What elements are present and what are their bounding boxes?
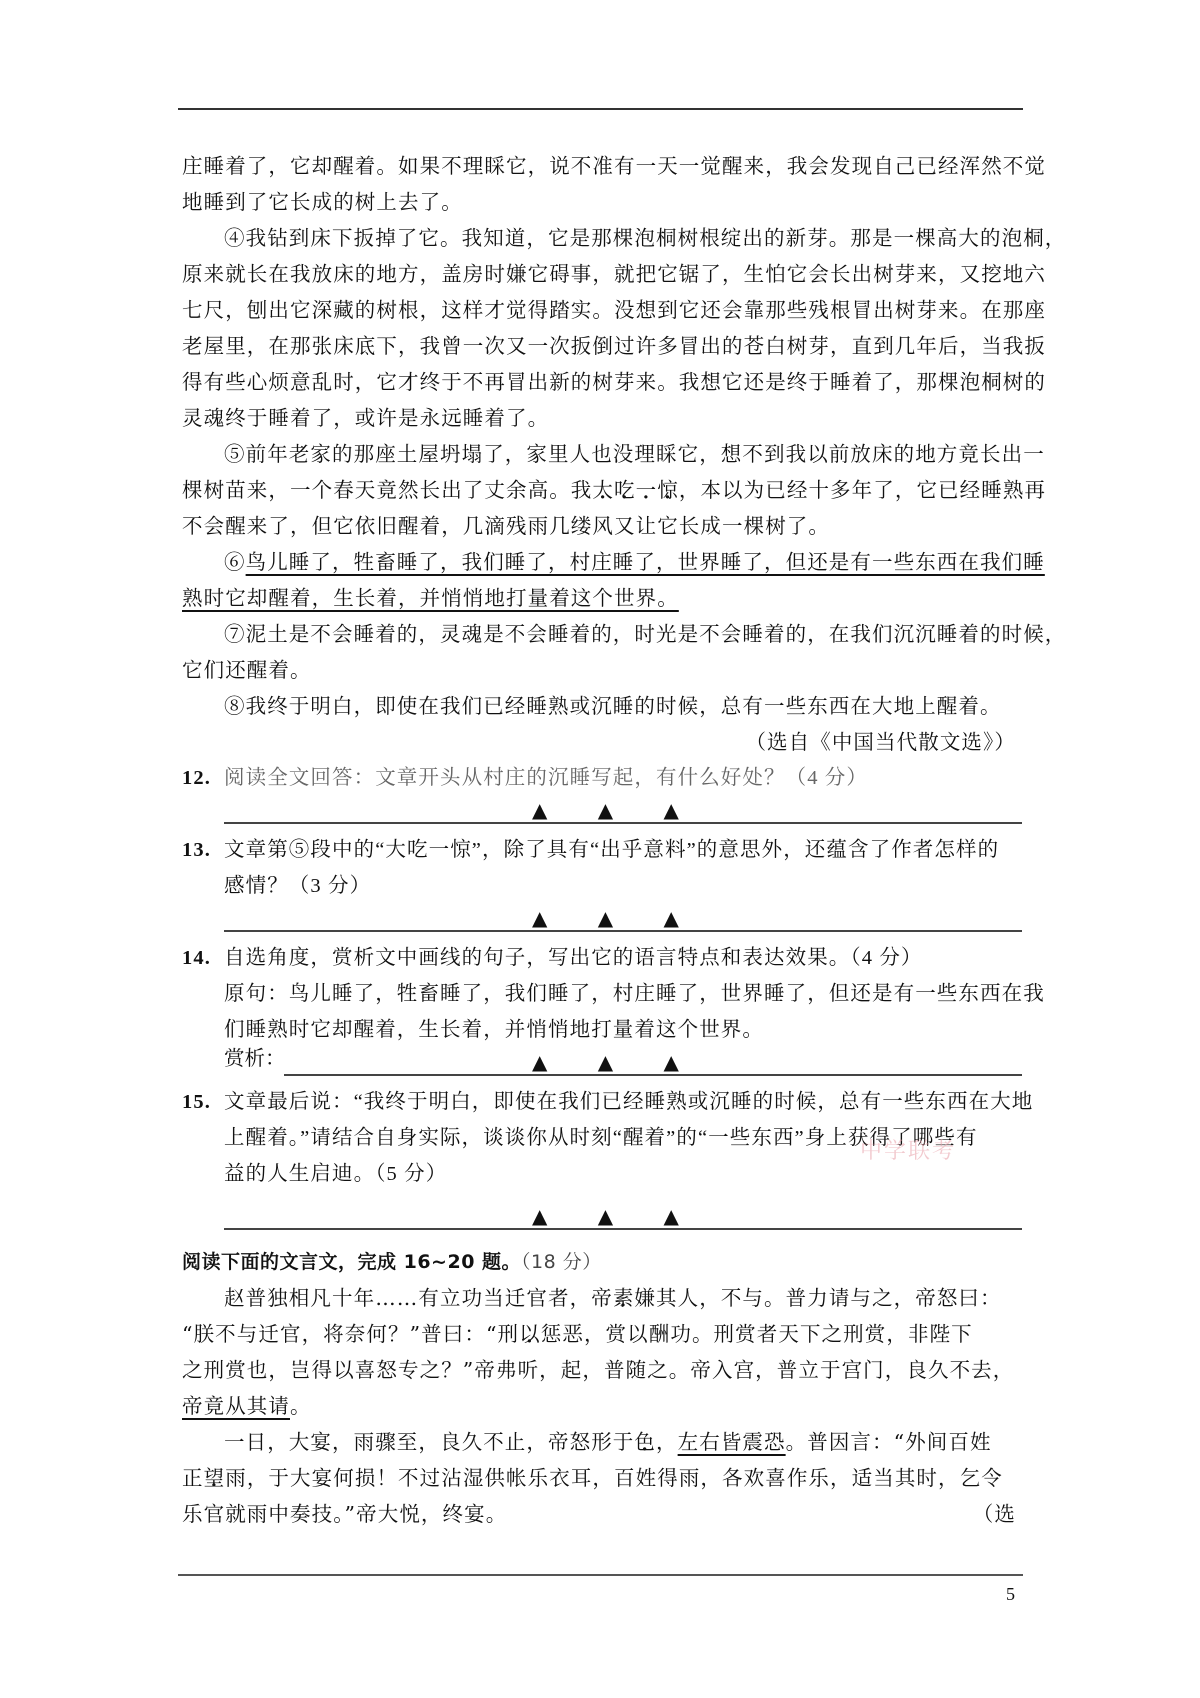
paragraph-number: ⑥ xyxy=(224,550,246,574)
section-title-text: 阅读下面的文言文，完成 16~20 题。 xyxy=(182,1251,521,1273)
answer-line[interactable]: ▲ ▲ ▲ xyxy=(224,796,1022,832)
question-text: 感情？（3 分） xyxy=(224,875,371,897)
passage-source: （选自《中国当代散文选》） xyxy=(182,724,1022,760)
dotted-char: 望 xyxy=(204,1466,226,1490)
question-number: 14. xyxy=(182,940,211,976)
paragraph-6-line: ⑥鸟儿睡了，牲畜睡了，我们睡了，村庄睡了，世界睡了，但还是有一些东西在我们睡 xyxy=(182,544,1022,580)
triangle-marker-icon: ▲ ▲ ▲ xyxy=(532,1050,701,1074)
question-number: 13. xyxy=(182,832,211,868)
paragraph-5-line: ⑤前年老家的那座土屋坍塌了，家里人也没理睬它，想不到我以前放床的地方竟长出一 xyxy=(182,436,1022,472)
text-span: 。 xyxy=(290,1394,312,1418)
question-text: 阅读全文回答：文章开头从村庄的沉睡写起，有什么好处？（4 分） xyxy=(224,767,868,789)
dotted-char: 色 xyxy=(634,1430,656,1454)
underlined-sentence: 帝竟从其请 xyxy=(182,1394,290,1418)
text-span: 一日，大宴，雨骤至，良久不止，帝怒形于 xyxy=(224,1430,634,1454)
text-span: “朕不与迁官，将奈何？”普曰：“刑 xyxy=(182,1322,519,1346)
text-span: 。普因言：“外间百姓 xyxy=(786,1430,992,1454)
paragraph-4-line: 灵魂终于睡着了，或许是永远睡着了。 xyxy=(182,400,1022,436)
underlined-sentence: 鸟儿睡了，牲畜睡了，我们睡了，村庄睡了，世界睡了，但还是有一些东西在我们睡 xyxy=(246,550,1045,574)
question-text: 文章第⑤段中的“大吃一惊”，除了具有“出乎意料”的意思外，还蕴含了作者怎样的 xyxy=(224,839,999,861)
text-span: 棵树苗来，一个春天竟然长出了丈余高。我 xyxy=(182,478,592,502)
classical-p2-line: 一日，大宴，雨骤至，良久不止，帝怒形于色，左右皆震恐。普因言：“外间百姓 xyxy=(182,1424,1022,1460)
question-number: 15. xyxy=(182,1084,211,1120)
classical-p1-line: 赵普独相凡十年……有立功当迁官者，帝素嫌其人，不与。普力请与之，帝怒曰： xyxy=(182,1280,1022,1316)
question-13: 13.文章第⑤段中的“大吃一惊”，除了具有“出乎意料”的意思外，还蕴含了作者怎样… xyxy=(182,832,1022,940)
underlined-sentence: 熟时它却醒着，生长着，并悄悄地打量着这个世界。 xyxy=(182,586,679,610)
text-span: 乐官就雨中奏技。”帝大悦，终宴。 xyxy=(182,1502,507,1526)
quoted-sentence: 们睡熟时它却醒着，生长着，并悄悄地打量着这个世界。 xyxy=(224,1019,764,1041)
answer-line[interactable]: 赏析：▲ ▲ ▲ xyxy=(224,1048,1022,1084)
modern-passage: 庄睡着了，它却醒着。如果不理睬它，说不准有一天一觉醒来，我会发现自己已经浑然不觉… xyxy=(182,148,1022,760)
text-span: 雨，于大宴何损！不过沾湿供帐乐衣耳，百姓得雨，各欢喜作乐，适当其时，乞令 xyxy=(225,1466,1003,1490)
classical-p2-line: 乐官就雨中奏技。”帝大悦，终宴。（选 xyxy=(182,1496,1022,1532)
classical-p1-line: 帝竟从其请。 xyxy=(182,1388,1022,1424)
answer-line[interactable]: ▲ ▲ ▲ xyxy=(224,904,1022,940)
footer-rule xyxy=(178,1574,1023,1576)
triangle-marker-icon: ▲ ▲ ▲ xyxy=(532,798,701,822)
section-score: （18 分） xyxy=(521,1251,602,1273)
paragraph-8-line: ⑧我终于明白，即使在我们已经睡熟或沉睡的时候，总有一些东西在大地上醒着。 xyxy=(182,688,1022,724)
header-rule xyxy=(178,108,1023,110)
paragraph-6-line: 熟时它却醒着，生长着，并悄悄地打量着这个世界。 xyxy=(182,580,1022,616)
watermark: 中学联考 xyxy=(860,1134,956,1165)
text-span: ， xyxy=(656,1430,678,1454)
paragraph-4-line: 原来就长在我放床的地方，盖房时嫌它碍事，就把它锯了，生怕它会长出树芽来，又挖地六 xyxy=(182,256,1022,292)
paragraph-7-line: ⑦泥土是不会睡着的，灵魂是不会睡着的，时光是不会睡着的，在我们沉沉睡着的时候， xyxy=(182,616,1022,652)
answer-rule xyxy=(224,1228,1022,1230)
paragraph-5-line: 棵树苗来，一个春天竟然长出了丈余高。我大吃一惊，本以为已经十多年了，它已经睡熟再 xyxy=(182,472,1022,508)
classical-p1-line: 之刑赏也，岂得以喜怒专之？”帝弗听，起，普随之。帝入宫，普立于宫门，良久不去， xyxy=(182,1352,1022,1388)
paragraph-4-line: ④我钻到床下扳掉了它。我知道，它是那棵泡桐树根绽出的新芽。那是一棵高大的泡桐， xyxy=(182,220,1022,256)
page-content: 庄睡着了，它却醒着。如果不理睬它，说不准有一天一觉醒来，我会发现自己已经浑然不觉… xyxy=(182,148,1022,1532)
classical-p2-line: 正望雨，于大宴何损！不过沾湿供帐乐衣耳，百姓得雨，各欢喜作乐，适当其时，乞令 xyxy=(182,1460,1022,1496)
answer-rule xyxy=(284,1074,1022,1076)
question-12: 12.阅读全文回答：文章开头从村庄的沉睡写起，有什么好处？（4 分） ▲ ▲ ▲ xyxy=(182,760,1022,832)
text-span: ，本以为已经十多年了，它已经睡熟再 xyxy=(679,478,1046,502)
question-text: 文章最后说：“我终于明白，即使在我们已经睡熟或沉睡的时候，总有一些东西在大地 xyxy=(224,1091,1033,1113)
section-title: 阅读下面的文言文，完成 16~20 题。（18 分） xyxy=(182,1244,1022,1280)
text-span: 正 xyxy=(182,1466,204,1490)
triangle-marker-icon: ▲ ▲ ▲ xyxy=(532,906,701,930)
paragraph-4-line: 七尺，刨出它深藏的树根，这样才觉得踏实。没想到它还会靠那些残根冒出树芽来。在那座 xyxy=(182,292,1022,328)
paragraph-7-line: 它们还醒着。 xyxy=(182,652,1022,688)
answer-line[interactable]: ▲ ▲ ▲ xyxy=(224,1192,1022,1238)
passage-line: 地睡到了它长成的树上去了。 xyxy=(182,184,1022,220)
text-span: 赵普独相凡十年……有立功当迁官者，帝 xyxy=(224,1286,613,1310)
emphasis-dotted-phrase: 大吃一惊 xyxy=(592,478,678,502)
source-fragment: （选 xyxy=(973,1496,1016,1532)
answer-rule xyxy=(224,822,1022,824)
question-number: 12. xyxy=(182,760,211,796)
paragraph-4-line: 老屋里，在那张床底下，我曾一次又一次扳倒过许多冒出的苍白树芽，直到几年后，当我扳 xyxy=(182,328,1022,364)
answer-rule xyxy=(224,930,1022,932)
dotted-char: 素 xyxy=(613,1286,635,1310)
classical-p1-line: “朕不与迁官，将奈何？”普曰：“刑以惩恶，赏以酬功。刑赏者天下之刑赏，非陛下 xyxy=(182,1316,1022,1352)
triangle-marker-icon: ▲ ▲ ▲ xyxy=(532,1204,701,1228)
question-text: 益的人生启迪。（5 分） xyxy=(224,1163,447,1185)
question-14: 14.自选角度，赏析文中画线的句子，写出它的语言特点和表达效果。（4 分） 原句… xyxy=(182,940,1022,1084)
text-span: 惩恶，赏以酬功。刑赏者天下之刑赏，非陛下 xyxy=(541,1322,973,1346)
dotted-char: 以 xyxy=(519,1322,541,1346)
underlined-sentence: 左右皆震恐 xyxy=(678,1430,786,1454)
classical-section: 阅读下面的文言文，完成 16~20 题。（18 分） 赵普独相凡十年……有立功当… xyxy=(182,1244,1022,1532)
answer-label: 赏析： xyxy=(224,1040,286,1076)
page-number: 5 xyxy=(1006,1584,1015,1605)
passage-line: 庄睡着了，它却醒着。如果不理睬它，说不准有一天一觉醒来，我会发现自己已经浑然不觉 xyxy=(182,148,1022,184)
question-text: 自选角度，赏析文中画线的句子，写出它的语言特点和表达效果。（4 分） xyxy=(224,947,923,969)
quoted-sentence: 原句：鸟儿睡了，牲畜睡了，我们睡了，村庄睡了，世界睡了，但还是有一些东西在我 xyxy=(224,983,1045,1005)
text-span: 嫌其人，不与。普力请与之，帝怒曰： xyxy=(634,1286,1001,1310)
paragraph-4-line: 得有些心烦意乱时，它才终于不再冒出新的树芽来。我想它还是终于睡着了，那棵泡桐树的 xyxy=(182,364,1022,400)
